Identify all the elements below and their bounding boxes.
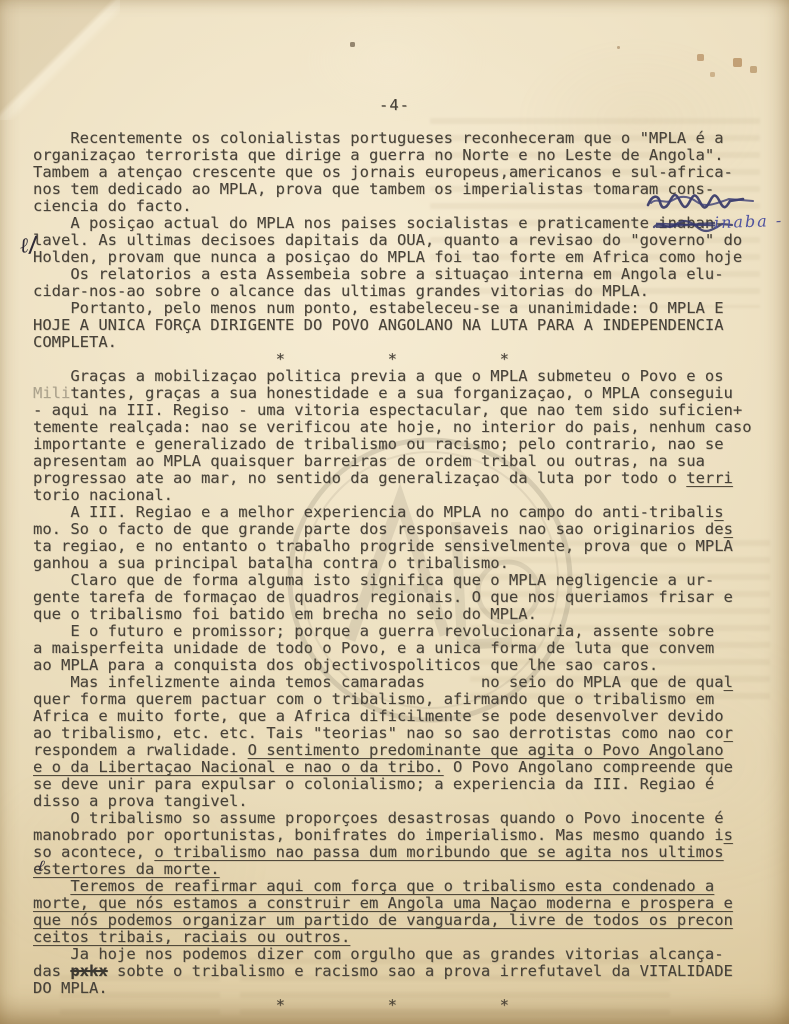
typed-line: que o tribalismo foi batido em brecha no…	[33, 606, 778, 623]
typed-line: a maisperfeita unidade de todo o Povo, e…	[33, 640, 778, 657]
typed-line: organizaçao terrorista que dirige a guer…	[33, 147, 778, 164]
separator-line: * * *	[33, 997, 778, 1014]
typed-line: so acontece, o tribalismo nao passa dum …	[33, 844, 778, 861]
typed-line: morte, que nós estamos a construir em An…	[33, 895, 778, 912]
typed-line: gente tarefa de formaçao de quadros regi…	[33, 589, 778, 606]
typed-line: Ja hoje nos podemos dizer com orgulho qu…	[33, 946, 778, 963]
typed-line: mo. So o facto de que grande parte dos r…	[33, 521, 778, 538]
typed-line: E o futuro e promissor; porque a guerra …	[33, 623, 778, 640]
typed-line: ceitos tribais, raciais ou outros.	[33, 929, 778, 946]
typed-line: DO MPLA.	[33, 980, 778, 997]
typed-line: COMPLETA.	[33, 334, 778, 351]
typed-line: quer forma querem pactuar com o tribalis…	[33, 691, 778, 708]
typed-line: Os relatorios a esta Assembeia sobre a s…	[33, 266, 778, 283]
typed-line: Graças a mobilizaçao politica previa a q…	[33, 368, 778, 385]
typed-line: das pxkx sobte o tribalismo e racismo sa…	[33, 963, 778, 980]
typed-line: Recentemente os colonialistas portuguese…	[33, 130, 778, 147]
typed-line: Militantes, graças a sua honestidade e a…	[33, 385, 778, 402]
separator-line: * * *	[33, 351, 778, 368]
typed-line: estertores da morte.	[33, 861, 778, 878]
scanned-document-page: -4- Recentemente os colonialistas portug…	[0, 0, 789, 1024]
typed-line: cidar-nos-ao sobre o alcance das ultimas…	[33, 283, 778, 300]
typed-line: Mas infelizmente ainda temos camaradas n…	[33, 674, 778, 691]
typed-line: nos tem dedicado ao MPLA, prova que tamb…	[33, 181, 778, 198]
typed-line: Tambem a atençao crescente que os jornai…	[33, 164, 778, 181]
typed-line: ao tribalismo, etc. etc. Tais "teorias" …	[33, 725, 778, 742]
typed-line: Teremos de reafirmar aqui com força que …	[33, 878, 778, 895]
typed-line: ciencia do facto.	[33, 198, 778, 215]
typed-line: lavel. As ultimas decisoes dapitais da O…	[33, 232, 778, 249]
typed-line: que nós podemos organizar um partido de …	[33, 912, 778, 929]
typed-line: temente realçada: nao se verificou ate h…	[33, 419, 778, 436]
typed-line: torio nacional.	[33, 487, 778, 504]
typed-line: progressao ate ao mar, no sentido da gen…	[33, 470, 778, 487]
typed-line: - aqui na III. Regiso - uma vitoria espe…	[33, 402, 778, 419]
typed-line: Africa e muito forte, que a Africa dific…	[33, 708, 778, 725]
typed-line: importante e generalizado de tribalismo …	[33, 436, 778, 453]
typed-line: Portanto, pelo menos num ponto, estabele…	[33, 300, 778, 317]
typed-line: disso a prova tangivel.	[33, 793, 778, 810]
typed-line: A III. Regiao e a melhor experiencia do …	[33, 504, 778, 521]
typed-line: ta regiao, e no entanto o trabalho progr…	[33, 538, 778, 555]
typed-line: A posiçao actual do MPLA nos paises soci…	[33, 215, 778, 232]
page-number: -4-	[0, 96, 789, 114]
typed-line: respondem a rwalidade. O sentimento pred…	[33, 742, 778, 759]
foxing-stains	[0, 0, 1, 1]
typed-line: e o da Libertaçao Nacional e nao o da tr…	[33, 759, 778, 776]
typed-line: se deve unir para expulsar o colonialism…	[33, 776, 778, 793]
typed-line: HOJE A UNICA FORÇA DIRIGENTE DO POVO ANG…	[33, 317, 778, 334]
typed-line: Claro que de forma alguma isto significa…	[33, 572, 778, 589]
typed-line: ao MPLA para a conquista dos objectivosp…	[33, 657, 778, 674]
typed-lines: Recentemente os colonialistas portuguese…	[33, 130, 778, 1014]
typed-line: manobrado por oportunistas, bonifrates d…	[33, 827, 778, 844]
typed-line: Holden, provam que nunca a posiçao do MP…	[33, 249, 778, 266]
typed-line: O tribalismo so assume proporçoes desast…	[33, 810, 778, 827]
typed-line: ganhou a sua principal batalha contra o …	[33, 555, 778, 572]
typed-line: apresentam ao MPLA quaisquer barreiras d…	[33, 453, 778, 470]
